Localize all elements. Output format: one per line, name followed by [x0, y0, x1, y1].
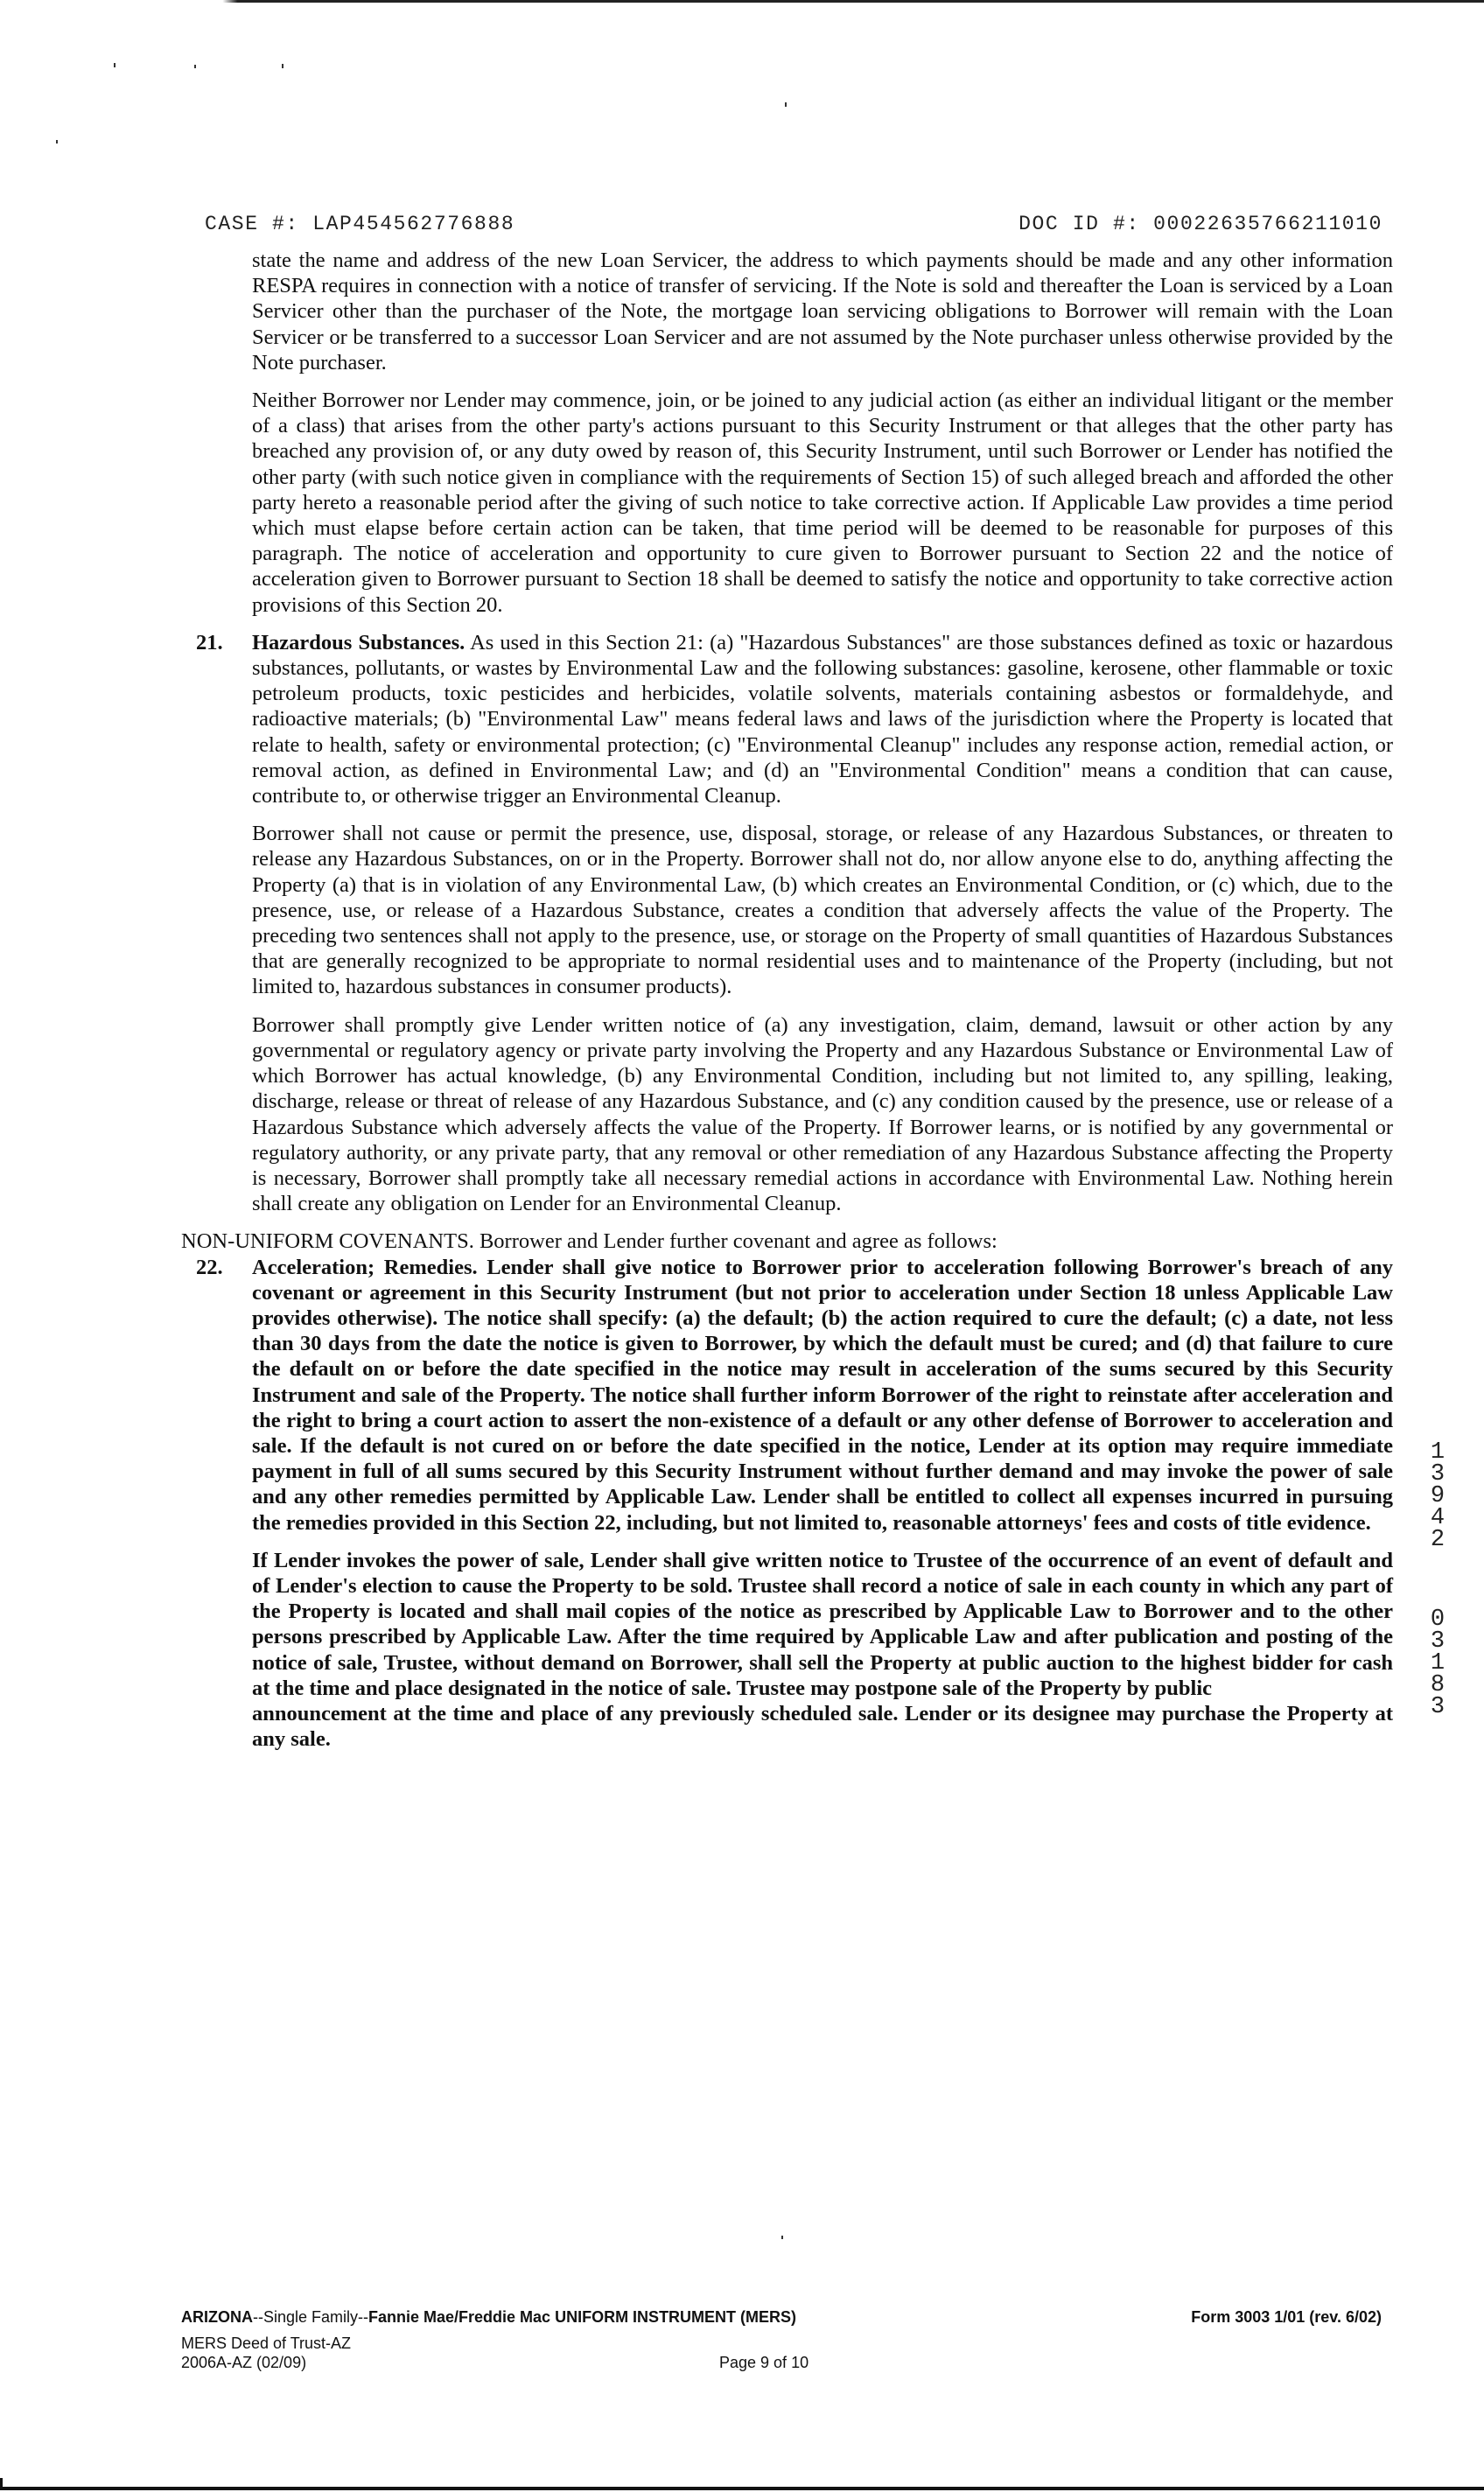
scan-edge-bottom [0, 2487, 1484, 2490]
section-number: 22. [196, 1255, 223, 1280]
section-22-paragraph-2b: announcement at the time and place of an… [252, 1701, 1393, 1752]
continuation-paragraph: state the name and address of the new Lo… [252, 248, 1393, 375]
document-header: CASE #: LAP454562776888 DOC ID #: 000226… [205, 213, 1382, 239]
footer-separator: --Single Family-- [253, 2308, 368, 2326]
footer-doc-code: 2006A-AZ (02/09) [181, 2354, 306, 2371]
footer-instrument-line: ARIZONA--Single Family--Fannie Mae/Fredd… [181, 2308, 796, 2327]
page-number: Page 9 of 10 [719, 2354, 808, 2372]
scan-speck [114, 63, 115, 67]
footer-doc-name: MERS Deed of Trust-AZ [181, 2334, 1382, 2354]
non-uniform-covenants-heading: NON-UNIFORM COVENANTS. Borrower and Lend… [181, 1228, 1393, 1254]
footer-instrument: Fannie Mae/Freddie Mac UNIFORM INSTRUMEN… [368, 2308, 796, 2326]
section-20-paragraph: Neither Borrower nor Lender may commence… [252, 388, 1393, 618]
case-number: CASE #: LAP454562776888 [205, 213, 514, 235]
stamp-part-2: 0 3 1 8 3 [1424, 1609, 1451, 1718]
scan-speck [194, 65, 196, 68]
scan-speck [282, 64, 283, 68]
section-21-paragraph-1: Hazardous Substances. As used in this Se… [252, 630, 1393, 808]
section-21-paragraph-2: Borrower shall not cause or permit the p… [252, 821, 1393, 999]
document-footer: ARIZONA--Single Family--Fannie Mae/Fredd… [181, 2308, 1382, 2373]
section-22: 22. Acceleration; Remedies. Lender shall… [175, 1255, 1393, 1753]
scan-edge-top [0, 0, 1484, 3]
scan-speck [781, 2236, 783, 2239]
scan-speck [56, 140, 58, 143]
section-title: Hazardous Substances. [252, 631, 465, 654]
section-number: 21. [196, 630, 223, 655]
doc-id: DOC ID #: 00022635766211010 [1018, 213, 1382, 235]
scan-speck [785, 102, 787, 107]
stamp-part-1: 1 3 9 4 2 [1424, 1442, 1451, 1551]
section-21-paragraph-3: Borrower shall promptly give Lender writ… [252, 1012, 1393, 1217]
footer-form-number: Form 3003 1/01 (rev. 6/02) [1191, 2308, 1382, 2327]
section-text: As used in this Section 21: (a) "Hazardo… [252, 631, 1393, 808]
section-22-paragraph-2a: If Lender invokes the power of sale, Len… [252, 1548, 1393, 1701]
footer-state: ARIZONA [181, 2308, 253, 2326]
section-22-paragraph-1: Acceleration; Remedies. Lender shall giv… [252, 1255, 1393, 1536]
document-body: state the name and address of the new Lo… [175, 248, 1393, 1764]
recording-stamp: 1 3 9 4 2 0 3 1 8 3 [1424, 1398, 1451, 1740]
section-21: 21. Hazardous Substances. As used in thi… [175, 630, 1393, 1216]
